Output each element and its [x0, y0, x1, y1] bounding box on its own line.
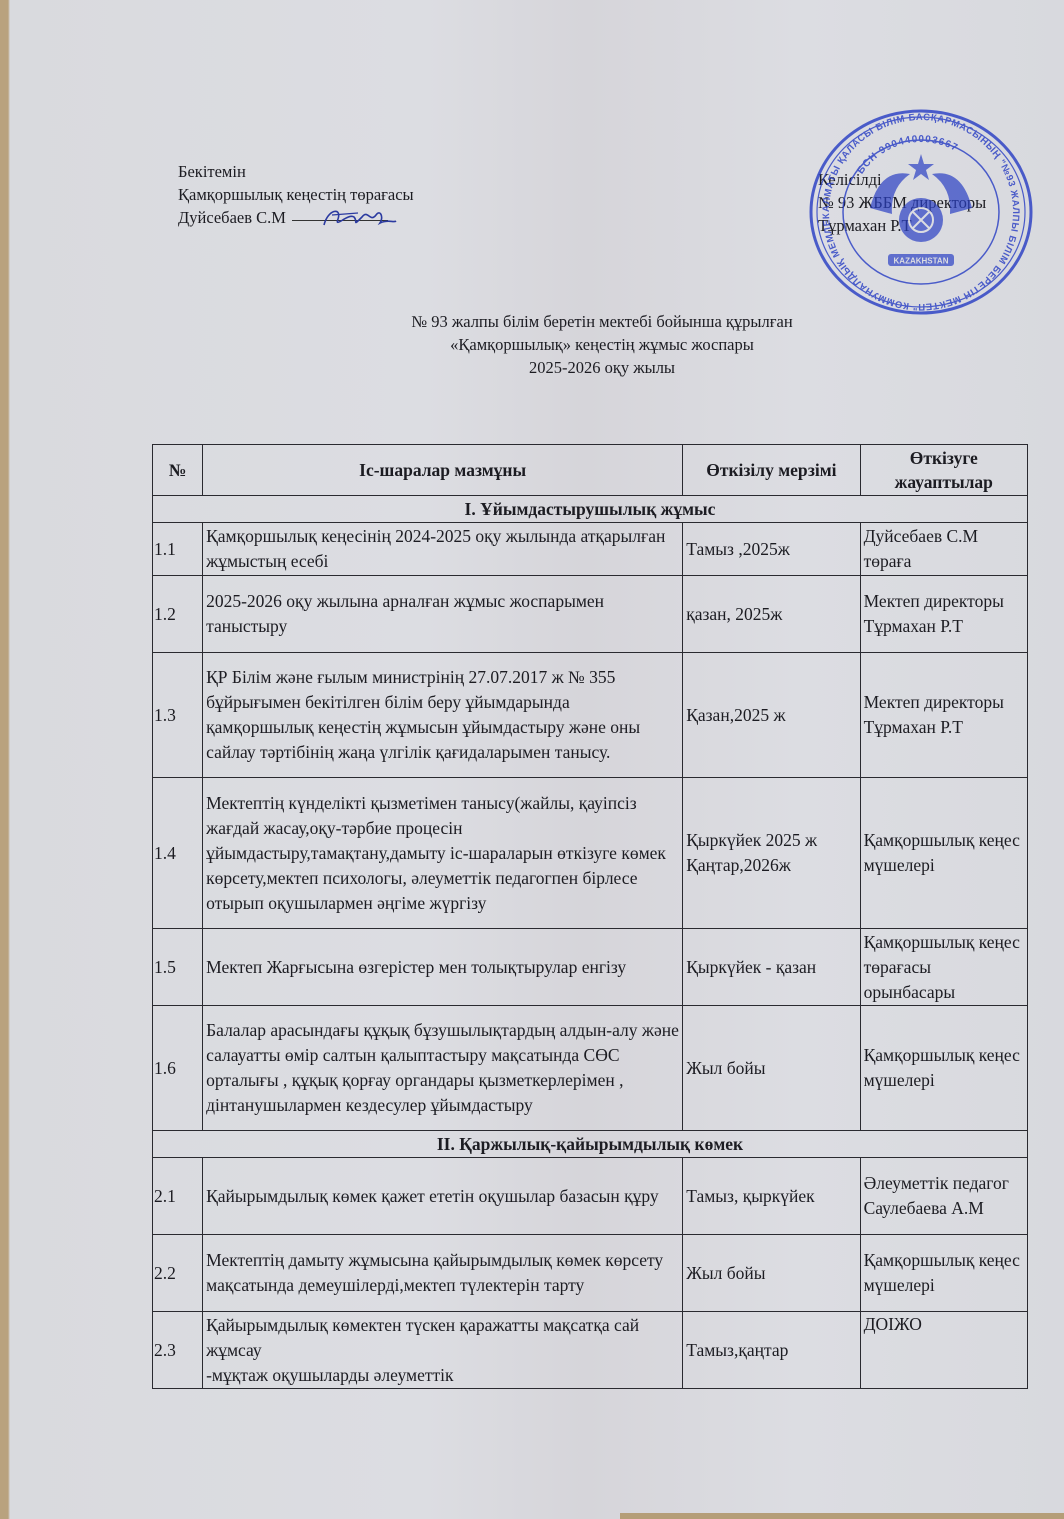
row-deadline: Тамыз,қаңтар	[683, 1312, 860, 1389]
row-number: 1.6	[153, 1006, 203, 1131]
table-row: 2.3 Қайырымдылық көмектен түскен қаражат…	[153, 1312, 1028, 1389]
svg-text:БСН 990440003667: БСН 990440003667	[855, 134, 960, 176]
row-responsible: Әлеуметтік педагог Саулебаева А.М	[860, 1158, 1027, 1235]
document-title: № 93 жалпы білім беретін мектебі бойынша…	[300, 310, 904, 379]
approval-signer-name: Дуйсебаев С.М	[178, 208, 286, 227]
row-number: 2.2	[153, 1235, 203, 1312]
row-deadline: Қазан,2025 ж	[683, 653, 860, 778]
table-row: 1.5 Мектеп Жарғысына өзгерістер мен толы…	[153, 929, 1028, 1006]
row-deadline: Жыл бойы	[683, 1006, 860, 1131]
row-number: 1.4	[153, 778, 203, 929]
row-number: 1.3	[153, 653, 203, 778]
row-deadline: қазан, 2025ж	[683, 576, 860, 653]
header-deadline: Өткізілу мерзімі	[683, 445, 860, 496]
row-content: ҚР Білім және ғылым министрінің 27.07.20…	[203, 653, 683, 778]
row-responsible: ДОІЖО	[860, 1312, 1027, 1389]
row-responsible: Қамқоршылық кеңес мүшелері	[860, 1235, 1027, 1312]
section-title: II. Қаржылық-қайырымдылық көмек	[153, 1131, 1028, 1158]
row-responsible: Қамқоршылық кеңес төрағасы орынбасары	[860, 929, 1027, 1006]
row-content: Қайырымдылық көмектен түскен қаражатты м…	[203, 1312, 683, 1389]
approval-heading: Бекітемін	[178, 160, 414, 183]
table-row: 1.6 Балалар арасындағы құқық бұзушылықта…	[153, 1006, 1028, 1131]
row-responsible: Мектеп директоры Тұрмахан Р.Т	[860, 653, 1027, 778]
row-deadline: Қыркүйек 2025 ж Қаңтар,2026ж	[683, 778, 860, 929]
title-line-3: 2025-2026 оқу жылы	[300, 356, 904, 379]
stamp-bin: БСН 990440003667	[855, 134, 960, 176]
row-content: Мектептің күнделікті қызметімен танысу(ж…	[203, 778, 683, 929]
row-responsible: Мектеп директоры Тұрмахан Р.Т	[860, 576, 1027, 653]
row-content: Қайырымдылық көмек қажет ететін оқушылар…	[203, 1158, 683, 1235]
title-line-2: «Қамқоршылық» кеңестің жұмыс жоспары	[300, 333, 904, 356]
row-responsible: Дуйсебаев С.М төраға	[860, 523, 1027, 576]
row-number: 2.1	[153, 1158, 203, 1235]
row-content: Мектеп Жарғысына өзгерістер мен толықтыр…	[203, 929, 683, 1006]
row-content: Қамқоршылық кеңесінің 2024-2025 оқу жылы…	[203, 523, 683, 576]
desk-edge	[620, 1513, 1064, 1519]
row-deadline: Қыркүйек - қазан	[683, 929, 860, 1006]
row-content: Мектептің дамыту жұмысына қайырымдылық к…	[203, 1235, 683, 1312]
stamp-icon: АЛМАТЫ ҚАЛАСЫ БІЛІМ БАСҚАРМАСЫНЫҢ "№93 Ж…	[808, 108, 1034, 316]
row-number: 1.5	[153, 929, 203, 1006]
table-row: 1.2 2025-2026 оқу жылына арналған жұмыс …	[153, 576, 1028, 653]
stamp-emblem-text: KAZAKHSTAN	[894, 257, 949, 266]
header-content: Іс-шаралар мазмұны	[203, 445, 683, 496]
row-number: 1.2	[153, 576, 203, 653]
table-row: 2.1 Қайырымдылық көмек қажет ететін оқуш…	[153, 1158, 1028, 1235]
row-responsible: Қамқоршылық кеңес мүшелері	[860, 778, 1027, 929]
row-responsible: Қамқоршылық кеңес мүшелері	[860, 1006, 1027, 1131]
table-row: 2.2 Мектептің дамыту жұмысына қайырымдыл…	[153, 1235, 1028, 1312]
table-header-row: № Іс-шаралар мазмұны Өткізілу мерзімі Өт…	[153, 445, 1028, 496]
signature-icon	[318, 203, 398, 235]
row-number: 1.1	[153, 523, 203, 576]
work-plan-table: № Іс-шаралар мазмұны Өткізілу мерзімі Өт…	[152, 444, 1028, 1389]
row-deadline: Тамыз, қыркүйек	[683, 1158, 860, 1235]
row-content: 2025-2026 оқу жылына арналған жұмыс жосп…	[203, 576, 683, 653]
row-number: 2.3	[153, 1312, 203, 1389]
row-deadline: Жыл бойы	[683, 1235, 860, 1312]
header-number: №	[153, 445, 203, 496]
section-row: I. Ұйымдастырушылық жұмыс	[153, 496, 1028, 523]
table-row: 1.4 Мектептің күнделікті қызметімен таны…	[153, 778, 1028, 929]
section-title: I. Ұйымдастырушылық жұмыс	[153, 496, 1028, 523]
header-responsible: Өткізуге жауаптылар	[860, 445, 1027, 496]
row-content: Балалар арасындағы құқық бұзушылықтардың…	[203, 1006, 683, 1131]
table-row: 1.1 Қамқоршылық кеңесінің 2024-2025 оқу …	[153, 523, 1028, 576]
table-row: 1.3 ҚР Білім және ғылым министрінің 27.0…	[153, 653, 1028, 778]
row-deadline: Тамыз ,2025ж	[683, 523, 860, 576]
section-row: II. Қаржылық-қайырымдылық көмек	[153, 1131, 1028, 1158]
